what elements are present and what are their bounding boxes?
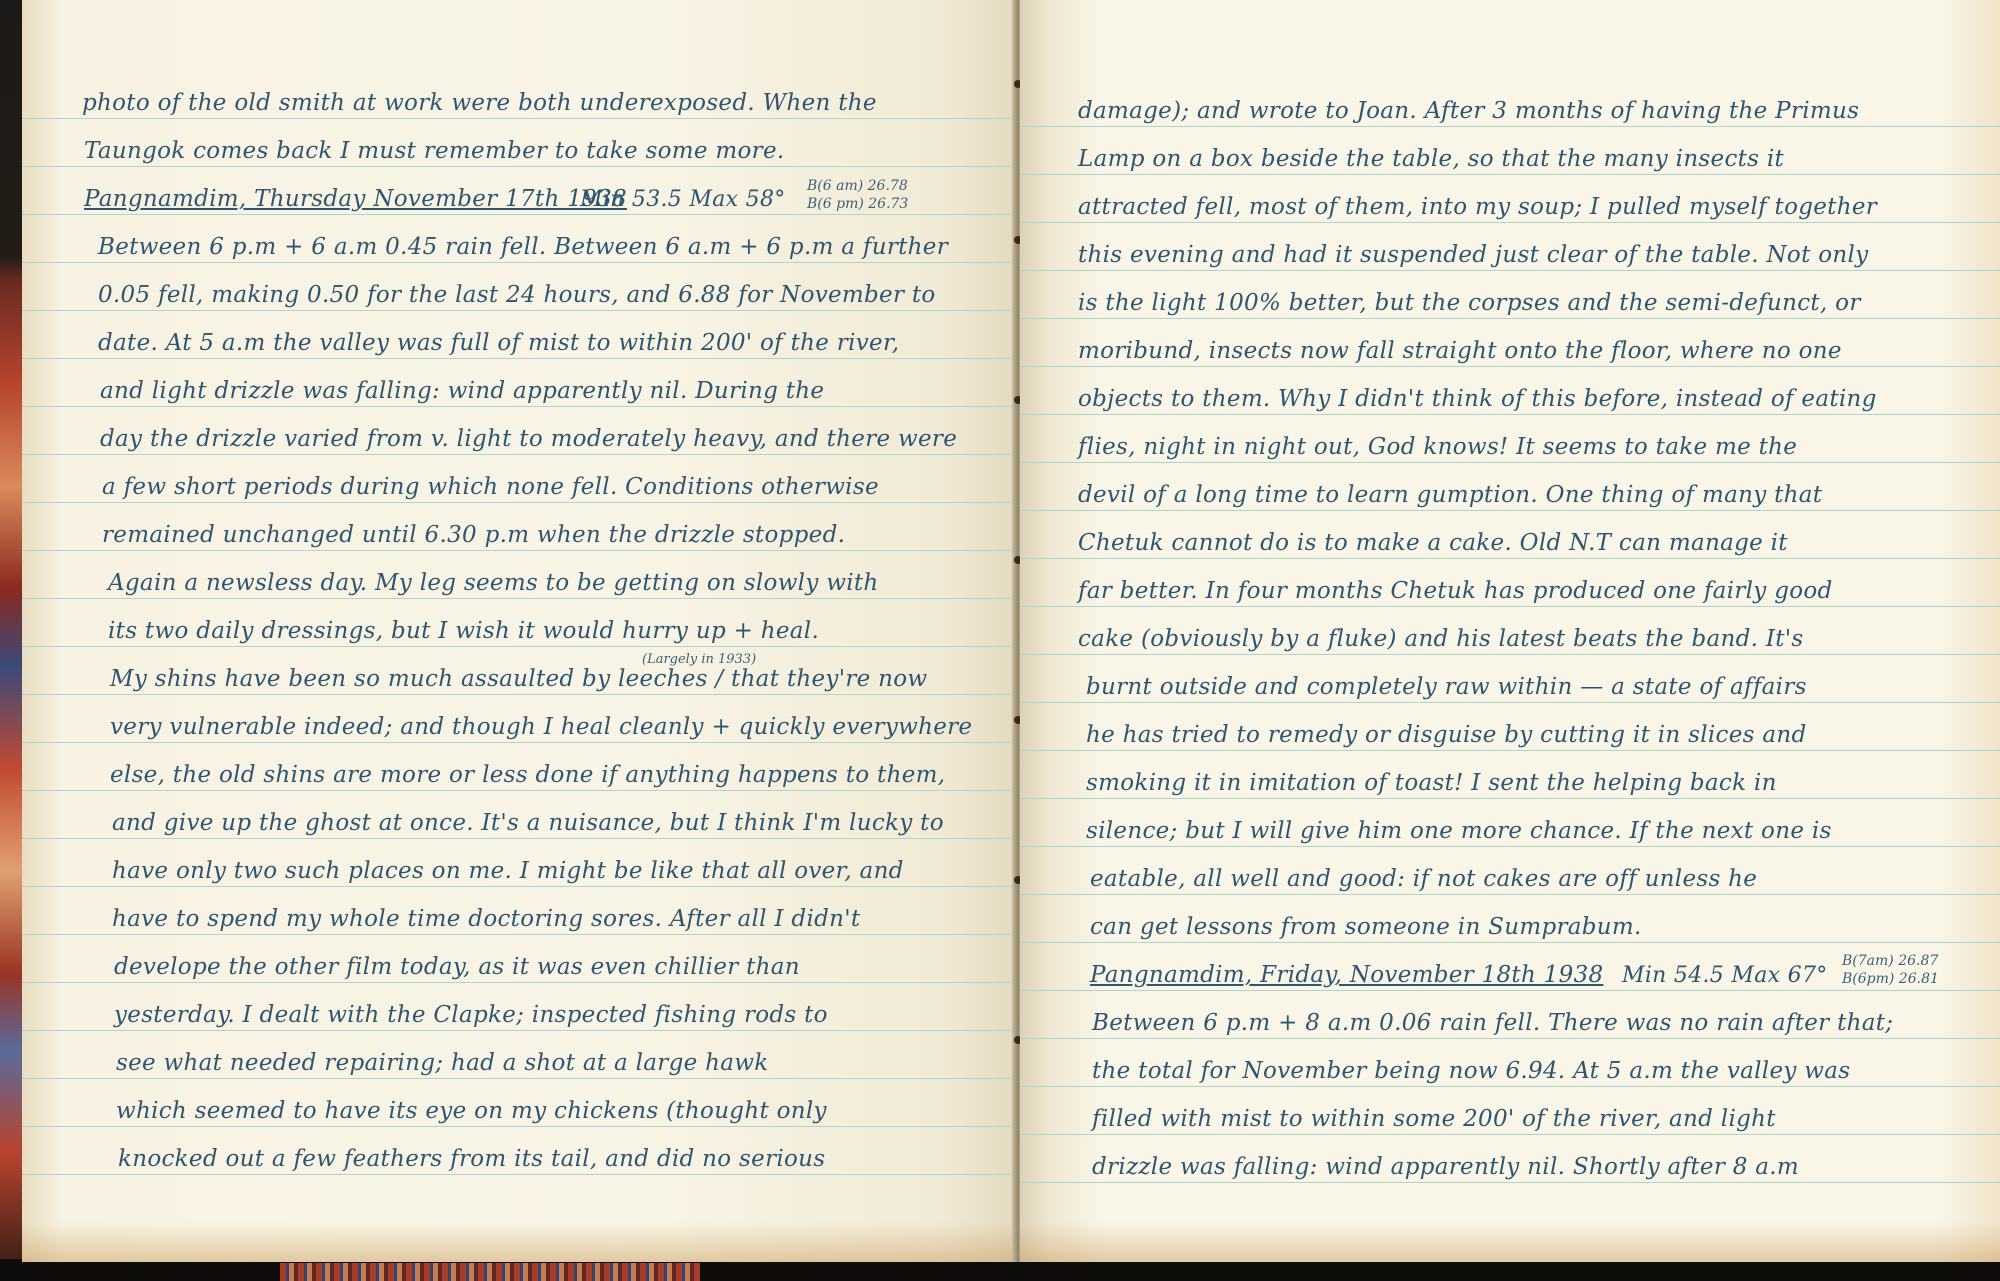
ruled-line bbox=[22, 838, 1020, 839]
text-line: attracted fell, most of them, into my so… bbox=[1078, 194, 1877, 220]
text-line: Between 6 p.m + 8 a.m 0.06 rain fell. Th… bbox=[1092, 1010, 1893, 1036]
text-line: silence; but I will give him one more ch… bbox=[1086, 818, 1832, 844]
ruled-line bbox=[22, 454, 1020, 455]
text-line: eatable, all well and good: if not cakes… bbox=[1090, 866, 1757, 892]
ruled-line bbox=[22, 598, 1020, 599]
text-line: this evening and had it suspended just c… bbox=[1078, 242, 1868, 268]
ruled-line bbox=[1020, 510, 2000, 511]
text-line: date. At 5 a.m the valley was full of mi… bbox=[98, 330, 899, 356]
marbled-endpaper bbox=[280, 1263, 700, 1281]
barometer-reading-morning: B(6 am) 26.78 bbox=[807, 178, 908, 194]
ruled-line bbox=[22, 262, 1020, 263]
ruled-line bbox=[22, 934, 1020, 935]
text-line: day the drizzle varied from v. light to … bbox=[100, 426, 957, 452]
text-line: Lamp on a box beside the table, so that … bbox=[1078, 146, 1784, 172]
text-line: devil of a long time to learn gumption. … bbox=[1078, 482, 1822, 508]
ruled-line bbox=[22, 742, 1020, 743]
barometer-reading-evening: B(6pm) 26.81 bbox=[1842, 971, 1939, 987]
ruled-line bbox=[22, 406, 1020, 407]
text-line: its two daily dressings, but I wish it w… bbox=[108, 618, 819, 644]
text-line: else, the old shins are more or less don… bbox=[110, 762, 945, 788]
ruled-line bbox=[1020, 126, 2000, 127]
ruled-line bbox=[1020, 750, 2000, 751]
page-stain bbox=[1020, 1222, 2000, 1262]
ruled-line bbox=[1020, 174, 2000, 175]
text-line: smoking it in imitation of toast! I sent… bbox=[1086, 770, 1777, 796]
text-line: Between 6 p.m + 6 a.m 0.45 rain fell. Be… bbox=[98, 234, 948, 260]
text-line: drizzle was falling: wind apparently nil… bbox=[1092, 1154, 1799, 1180]
text-line: damage); and wrote to Joan. After 3 mont… bbox=[1078, 98, 1859, 124]
ruled-line bbox=[22, 790, 1020, 791]
right-page: damage); and wrote to Joan. After 3 mont… bbox=[1020, 0, 2000, 1262]
text-line: yesterday. I dealt with the Clapke; insp… bbox=[114, 1002, 828, 1028]
ruled-line bbox=[22, 982, 1020, 983]
text-line: filled with mist to within some 200' of … bbox=[1092, 1106, 1776, 1132]
text-line: very vulnerable indeed; and though I hea… bbox=[110, 714, 972, 740]
text-line: flies, night in night out, God knows! It… bbox=[1078, 434, 1797, 460]
text-line: have only two such places on me. I might… bbox=[112, 858, 904, 884]
text-line: 0.05 fell, making 0.50 for the last 24 h… bbox=[98, 282, 936, 308]
text-line: knocked out a few feathers from its tail… bbox=[118, 1146, 825, 1172]
ruled-line bbox=[1020, 1086, 2000, 1087]
ruled-line bbox=[22, 1030, 1020, 1031]
text-line: he has tried to remedy or disguise by cu… bbox=[1086, 722, 1807, 748]
text-line: develope the other film today, as it was… bbox=[114, 954, 800, 980]
ruled-line bbox=[22, 118, 1020, 119]
entry-temperatures: Min 54.5 Max 67° bbox=[1622, 963, 1828, 988]
ruled-line bbox=[22, 694, 1020, 695]
text-line: remained unchanged until 6.30 p.m when t… bbox=[102, 522, 845, 548]
text-line: far better. In four months Chetuk has pr… bbox=[1078, 578, 1833, 604]
ruled-line bbox=[1020, 654, 2000, 655]
ruled-line bbox=[1020, 990, 2000, 991]
ruled-line bbox=[22, 166, 1020, 167]
ruled-line bbox=[1020, 462, 2000, 463]
ruled-line bbox=[1020, 558, 2000, 559]
ruled-line bbox=[22, 1126, 1020, 1127]
text-line: moribund, insects now fall straight onto… bbox=[1078, 338, 1842, 364]
text-line: can get lessons from someone in Sumprabu… bbox=[1090, 914, 1642, 940]
entry-heading-nov-18: Pangnamdim, Friday, November 18th 1938 bbox=[1090, 962, 1603, 988]
text-line: is the light 100% better, but the corpse… bbox=[1078, 290, 1861, 316]
text-line: Taungok comes back I must remember to ta… bbox=[84, 138, 784, 164]
ruled-line bbox=[1020, 366, 2000, 367]
ruled-line bbox=[1020, 1182, 2000, 1183]
ruled-line bbox=[1020, 606, 2000, 607]
ruled-line bbox=[1020, 222, 2000, 223]
left-page: photo of the old smith at work were both… bbox=[22, 0, 1020, 1262]
ruled-line bbox=[1020, 318, 2000, 319]
ruled-line bbox=[22, 310, 1020, 311]
text-line: cake (obviously by a fluke) and his late… bbox=[1078, 626, 1804, 652]
interlinear-note: (Largely in 1933) bbox=[642, 652, 756, 667]
ruled-line bbox=[1020, 270, 2000, 271]
text-line: Again a newsless day. My leg seems to be… bbox=[108, 570, 879, 596]
page-stain bbox=[22, 1222, 1020, 1262]
text-line: Chetuk cannot do is to make a cake. Old … bbox=[1078, 530, 1788, 556]
text-line: and light drizzle was falling: wind appa… bbox=[100, 378, 824, 404]
text-line: which seemed to have its eye on my chick… bbox=[116, 1098, 827, 1124]
barometer-reading-evening: B(6 pm) 26.73 bbox=[807, 196, 908, 212]
ruled-line bbox=[22, 1078, 1020, 1079]
text-line: have to spend my whole time doctoring so… bbox=[112, 906, 860, 932]
text-line: and give up the ghost at once. It's a nu… bbox=[112, 810, 944, 836]
ruled-line bbox=[1020, 846, 2000, 847]
text-line: see what needed repairing; had a shot at… bbox=[116, 1050, 769, 1076]
text-line: a few short periods during which none fe… bbox=[102, 474, 879, 500]
text-line: objects to them. Why I didn't think of t… bbox=[1078, 386, 1877, 412]
text-line: burnt outside and completely raw within … bbox=[1086, 674, 1807, 700]
marbled-cover-edge-left bbox=[0, 0, 22, 1281]
ruled-line bbox=[1020, 942, 2000, 943]
ruled-line bbox=[22, 358, 1020, 359]
entry-heading-nov-17: Pangnamdim, Thursday November 17th 1938 bbox=[84, 186, 627, 212]
barometer-reading-morning: B(7am) 26.87 bbox=[1842, 953, 1938, 969]
ruled-line bbox=[22, 646, 1020, 647]
ruled-line bbox=[1020, 414, 2000, 415]
text-line: photo of the old smith at work were both… bbox=[82, 90, 877, 116]
ruled-line bbox=[1020, 798, 2000, 799]
ruled-line bbox=[1020, 894, 2000, 895]
ruled-line bbox=[22, 1174, 1020, 1175]
text-line: My shins have been so much assaulted by … bbox=[110, 666, 927, 692]
ruled-line bbox=[22, 886, 1020, 887]
ruled-line bbox=[1020, 702, 2000, 703]
book-cover-bottom bbox=[0, 1259, 2000, 1281]
ruled-line bbox=[1020, 1134, 2000, 1135]
ruled-line bbox=[22, 550, 1020, 551]
ruled-line bbox=[1020, 1038, 2000, 1039]
text-line: the total for November being now 6.94. A… bbox=[1092, 1058, 1850, 1084]
ruled-line bbox=[22, 214, 1020, 215]
entry-temperatures: Min 53.5 Max 58° bbox=[580, 187, 786, 212]
ruled-line bbox=[22, 502, 1020, 503]
